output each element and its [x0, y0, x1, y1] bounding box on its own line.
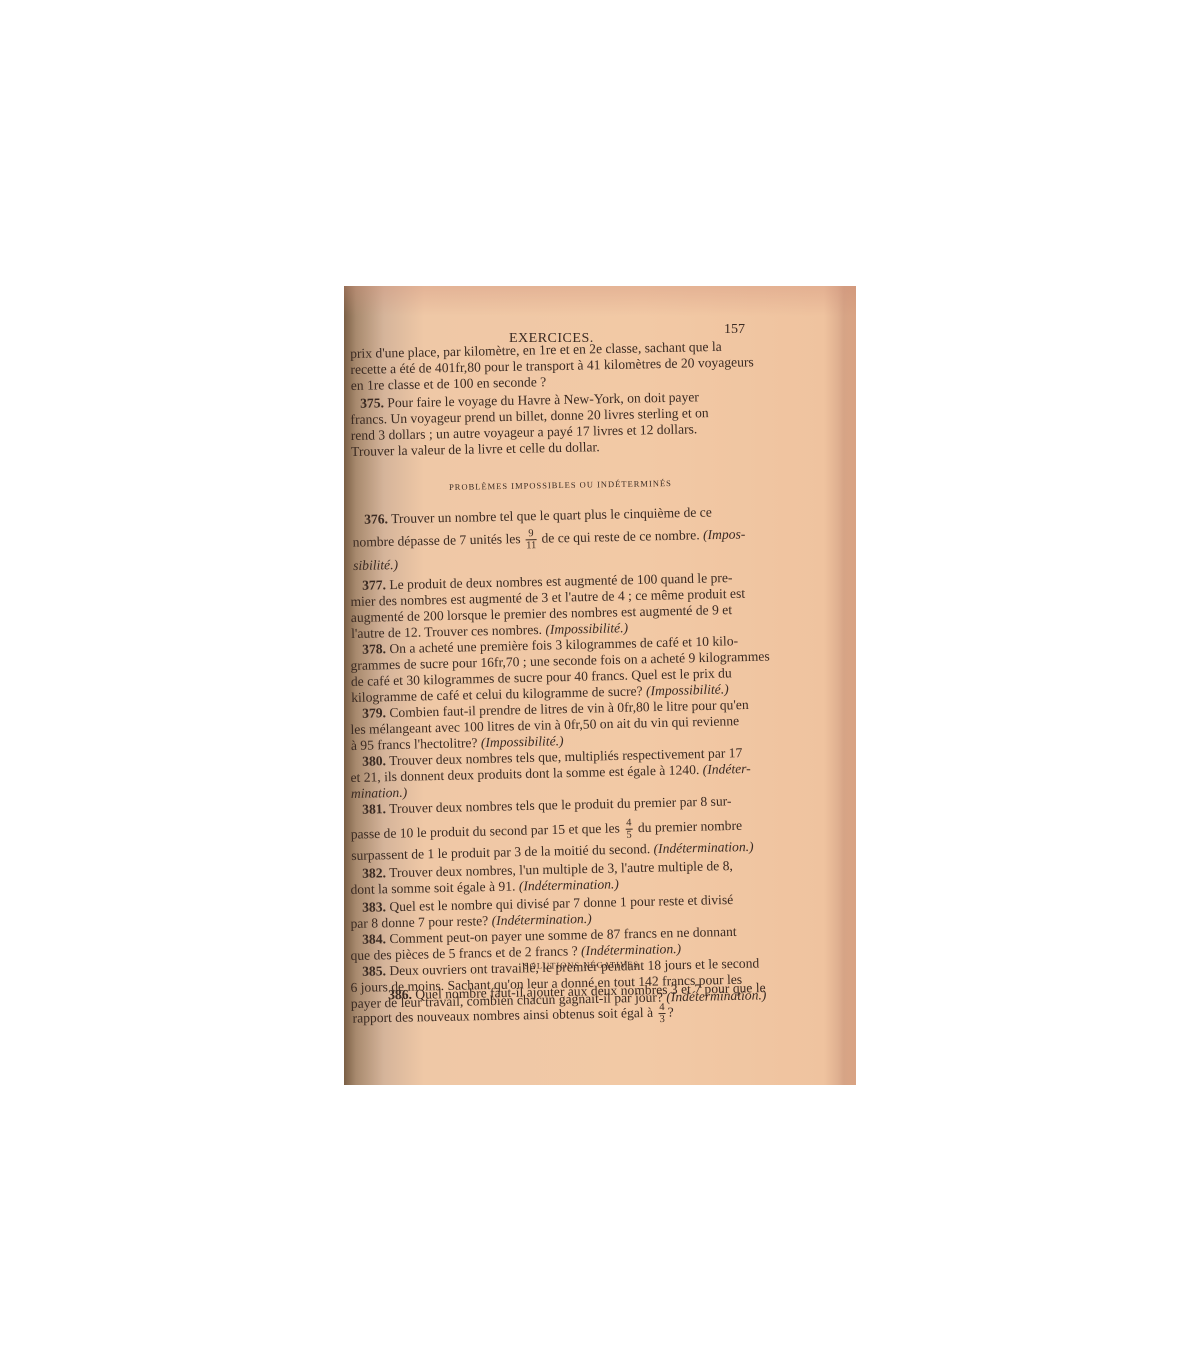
exercise-number: 385. — [362, 963, 386, 978]
verdict: (Indétermination.) — [519, 876, 619, 893]
text-line: en 1re classe et de 100 en seconde ? — [351, 374, 547, 394]
text-line: Trouver la valeur de la livre et celle d… — [351, 439, 600, 460]
exercise-number: 384. — [362, 931, 386, 946]
text-line: ? — [668, 1004, 674, 1019]
exercise-number: 383. — [362, 899, 386, 914]
text-line: de ce qui reste de ce nombre. — [541, 527, 699, 545]
verdict: (Impos- — [703, 526, 746, 542]
verdict: (Indéter- — [703, 761, 751, 777]
verdict: (Impossibilité.) — [545, 620, 628, 637]
text-line: Trouver deux nombres tels que le produit… — [389, 793, 732, 816]
text-line: nombre dépasse de 7 unités les — [352, 531, 520, 550]
verdict: (Impossibilité.) — [646, 681, 729, 698]
exercise-number: 382. — [362, 865, 386, 880]
text-line: passe de 10 le produit du second par 15 … — [351, 821, 620, 842]
text-line: dont la somme soit égale à 91. — [350, 879, 515, 897]
text-line: à 95 francs l'hectolitre? — [351, 735, 478, 753]
text-line: par 8 donne 7 pour reste? — [350, 913, 488, 931]
verdict: mination.) — [351, 785, 408, 802]
exercise-number: 381. — [362, 801, 386, 817]
exercise-number: 378. — [362, 641, 386, 657]
page-number: 157 — [724, 322, 745, 338]
verdict: (Indétermination.) — [491, 911, 591, 928]
verdict: (Indétermination.) — [581, 941, 681, 958]
text-line: du premier nombre — [638, 818, 743, 835]
exercise-number: 376. — [364, 511, 388, 526]
verdict: sibilité.) — [353, 557, 398, 574]
section-title-impossibles: Problèmes impossibles ou indéterminés — [449, 478, 672, 492]
exercise-number: 375. — [360, 395, 384, 410]
exercise-number: 379. — [362, 705, 386, 721]
verdict: (Impossibilité.) — [481, 733, 564, 750]
text-line: Trouver un nombre tel que le quart plus … — [391, 504, 712, 526]
exercise-number: 380. — [362, 753, 386, 769]
exercise-number: 386. — [388, 987, 412, 1002]
fraction: 45 — [625, 818, 633, 841]
fraction: 911 — [526, 528, 537, 551]
exercise-number: 377. — [362, 577, 386, 592]
fraction: 43 — [658, 1002, 666, 1025]
verdict: (Indétermination.) — [653, 839, 753, 856]
text-line: rapport des nouveaux nombres ainsi obten… — [352, 1005, 653, 1026]
book-page: EXERCICES. 157 prix d'une place, par kil… — [344, 286, 856, 1085]
section-title-negatives: Solutions négatives — [524, 959, 639, 971]
